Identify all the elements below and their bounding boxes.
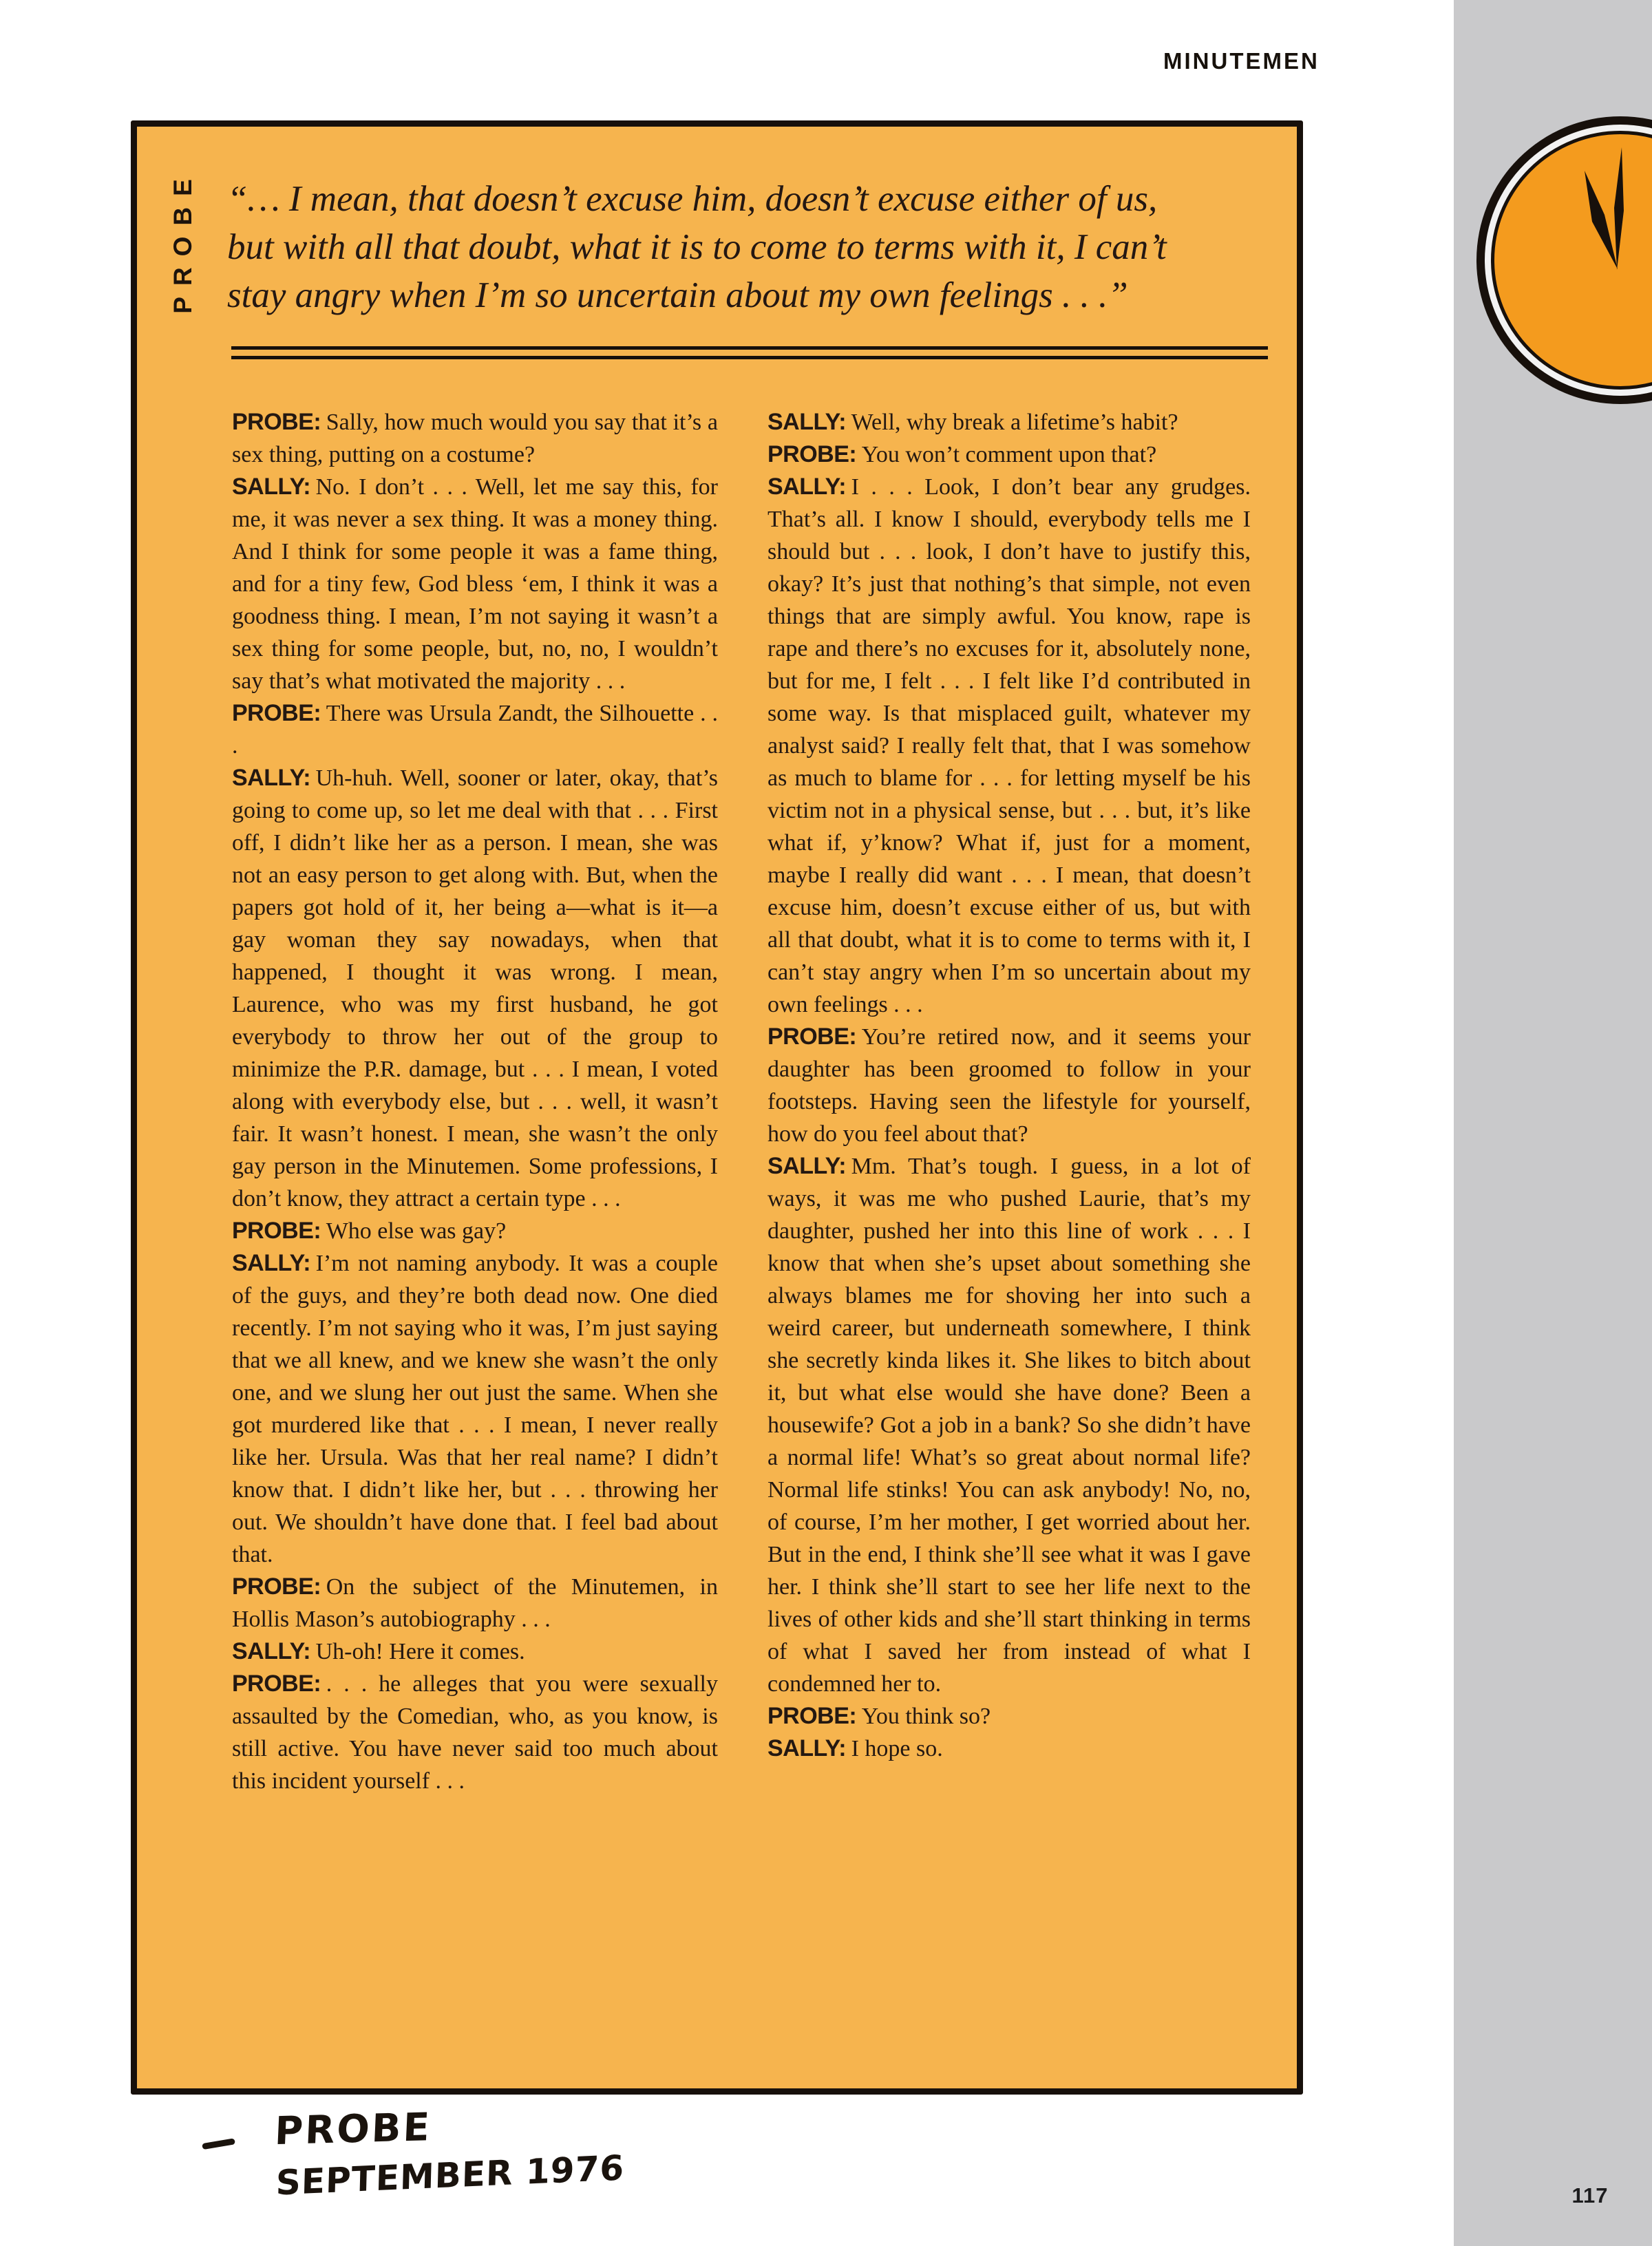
interview-turn: PROBE:On the subject of the Minutemen, i…: [232, 1571, 718, 1635]
interview-column-left: PROBE:Sally, how much would you say that…: [232, 406, 718, 1797]
speaker-label: SALLY:: [767, 474, 851, 500]
speaker-label: SALLY:: [232, 474, 316, 500]
turn-text: Well, why break a lifetime’s habit?: [851, 410, 1178, 435]
interview-turn: PROBE:. . . he alleges that you were sex…: [232, 1668, 718, 1797]
handwritten-source-note: PROBE SEPTEMBER 1976: [186, 2093, 681, 2106]
speaker-label: PROBE:: [232, 409, 326, 435]
speaker-label: PROBE:: [232, 1218, 326, 1244]
turn-text: I hope so.: [851, 1736, 943, 1761]
interview-turn: PROBE:There was Ursula Zandt, the Silhou…: [232, 697, 718, 762]
running-header: MINUTEMEN: [1163, 48, 1315, 74]
interview-turn: SALLY:No. I don’t . . . Well, let me say…: [232, 471, 718, 697]
speaker-label: SALLY:: [767, 409, 851, 435]
magazine-page: MINUTEMEN PROBE “… I mean, that doesn’t …: [0, 0, 1652, 2246]
speaker-label: PROBE:: [767, 441, 862, 467]
interview-turn: SALLY:Uh-huh. Well, sooner or later, oka…: [232, 762, 718, 1215]
interview-column-right: SALLY:Well, why break a lifetime’s habit…: [767, 406, 1251, 1765]
turn-text: You won’t comment upon that?: [862, 442, 1156, 467]
double-rule-divider: [231, 346, 1268, 359]
source-note-title: PROBE: [274, 2105, 432, 2154]
pull-quote-line: but with all that doubt, what it is to c…: [227, 223, 1267, 271]
interview-turn: PROBE:You won’t comment upon that?: [767, 438, 1251, 471]
dash-mark-icon: [202, 2138, 235, 2150]
speaker-label: SALLY:: [767, 1735, 851, 1761]
masthead-vertical-title: PROBE: [158, 120, 208, 361]
interview-turn: SALLY:I’m not naming anybody. It was a c…: [232, 1247, 718, 1571]
turn-text: I’m not naming anybody. It was a couple …: [232, 1251, 718, 1567]
pull-quote: “… I mean, that doesn’t excuse him, does…: [227, 175, 1267, 319]
interview-turn: PROBE:You think so?: [767, 1700, 1251, 1733]
turn-text: Who else was gay?: [326, 1218, 507, 1244]
speaker-label: PROBE:: [232, 700, 326, 726]
speaker-label: PROBE:: [767, 1024, 862, 1050]
turn-text: You think so?: [862, 1704, 991, 1729]
interview-turn: SALLY:Mm. That’s tough. I guess, in a lo…: [767, 1150, 1251, 1700]
speaker-label: SALLY:: [767, 1153, 851, 1179]
turn-text: I . . . Look, I don’t bear any grudges. …: [767, 474, 1251, 1017]
article-box: PROBE “… I mean, that doesn’t excuse him…: [131, 120, 1303, 2095]
interview-turn: SALLY:Well, why break a lifetime’s habit…: [767, 406, 1251, 438]
speaker-label: SALLY:: [232, 1250, 316, 1276]
source-note-date: SEPTEMBER 1976: [275, 2148, 625, 2203]
interview-turn: SALLY:Uh-oh! Here it comes.: [232, 1635, 718, 1668]
interview-turn: PROBE:You’re retired now, and it seems y…: [767, 1021, 1251, 1150]
page-number: 117: [1563, 2183, 1618, 2208]
interview-turn: SALLY:I hope so.: [767, 1733, 1251, 1765]
pull-quote-line: stay angry when I’m so uncertain about m…: [227, 271, 1267, 319]
clock-hands-icon: [1476, 117, 1652, 399]
speaker-label: PROBE:: [232, 1671, 326, 1697]
pull-quote-line: “… I mean, that doesn’t excuse him, does…: [227, 175, 1267, 223]
interview-turn: SALLY:I . . . Look, I don’t bear any gru…: [767, 471, 1251, 1021]
speaker-label: PROBE:: [232, 1574, 326, 1600]
interview-turn: PROBE:Sally, how much would you say that…: [232, 406, 718, 471]
interview-turn: PROBE:Who else was gay?: [232, 1215, 718, 1247]
speaker-label: PROBE:: [767, 1703, 862, 1729]
turn-text: Mm. That’s tough. I guess, in a lot of w…: [767, 1154, 1251, 1697]
turn-text: No. I don’t . . . Well, let me say this,…: [232, 474, 718, 694]
turn-text: Uh-huh. Well, sooner or later, okay, tha…: [232, 765, 718, 1211]
speaker-label: SALLY:: [232, 765, 316, 791]
speaker-label: SALLY:: [232, 1638, 316, 1664]
turn-text: Uh-oh! Here it comes.: [316, 1639, 525, 1664]
